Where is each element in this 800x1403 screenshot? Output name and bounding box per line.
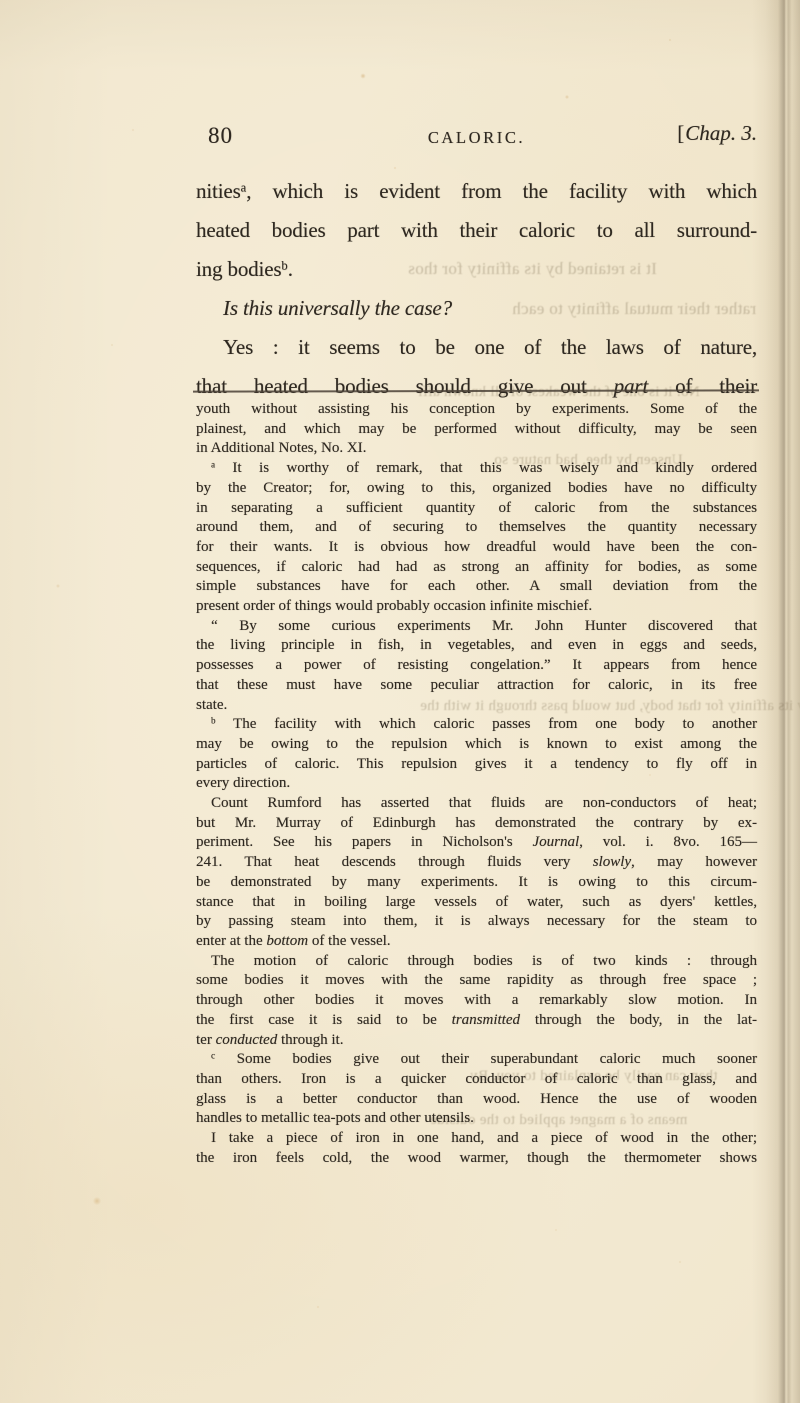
text-line: heated bodies part with their caloric to… — [196, 211, 757, 250]
text-line: sequences, if caloric had had as strong … — [196, 558, 757, 578]
text-line: be demonstrated by many experiments. It … — [196, 873, 757, 893]
text-line: ing bodiesb. — [196, 250, 757, 289]
text-line: simple substances have for each other. A… — [196, 577, 757, 597]
text-line: in Additional Notes, No. XI. — [196, 439, 757, 459]
text-line: particles of caloric. This repulsion giv… — [196, 755, 757, 775]
text-line: enter at the bottom of the vessel. — [196, 932, 757, 952]
text-line: some bodies it moves with the same rapid… — [196, 971, 757, 991]
text-line: the living principle in fish, in vegetab… — [196, 636, 757, 656]
text-line: ter conducted through it. — [196, 1031, 757, 1051]
text-line: state. — [196, 696, 757, 716]
chapter-bracket: [ — [677, 121, 684, 145]
text-line: around them, and of securing to themselv… — [196, 518, 757, 538]
text-line: a It is worthy of remark, that this was … — [196, 459, 757, 479]
text-line: the iron feels cold, the wood warmer, th… — [196, 1149, 757, 1169]
page-header: 80 CALORIC. [Chap. 3. — [196, 121, 757, 153]
text-line: Count Rumford has asserted that fluids a… — [196, 794, 757, 814]
text-line: present order of things would probably o… — [196, 597, 757, 617]
text-line: stance that in boiling large vessels of … — [196, 893, 757, 913]
text-line: Yes : it seems to be one of the laws of … — [196, 328, 757, 367]
text-line: every direction. — [196, 774, 757, 794]
text-line: nitiesa, which is evident from the facil… — [196, 172, 757, 211]
main-text: nitiesa, which is evident from the facil… — [196, 172, 757, 406]
chapter-label: Chap. 3. — [685, 121, 757, 145]
text-line: “ By some curious experiments Mr. John H… — [196, 617, 757, 637]
book-page-photo: It is retained by its affinity for thos … — [0, 0, 800, 1403]
text-line: possesses a power of resisting congelati… — [196, 656, 757, 676]
footnotes-block: youth without assisting his conception b… — [196, 400, 757, 1168]
text-line: by the Creator; for, owing to this, orga… — [196, 479, 757, 499]
text-line: but Mr. Murray of Edinburgh has demonstr… — [196, 814, 757, 834]
running-title: CALORIC. — [196, 128, 757, 148]
text-line: for their wants. It is obvious how dread… — [196, 538, 757, 558]
text-line: c Some bodies give out their superabunda… — [196, 1050, 757, 1070]
text-line: periment. See his papers in Nicholson's … — [196, 833, 757, 853]
text-line: plainest, and which may be performed wit… — [196, 420, 757, 440]
chapter-marker: [Chap. 3. — [677, 121, 757, 146]
text-line: through other bodies it moves with a rem… — [196, 991, 757, 1011]
text-line: 241. That heat descends through fluids v… — [196, 853, 757, 873]
text-line: handles to metallic tea-pots and other u… — [196, 1109, 757, 1129]
text-line: in separating a sufficient quantity of c… — [196, 499, 757, 519]
text-line: than others. Iron is a quicker conductor… — [196, 1070, 757, 1090]
text-line: that these must have some peculiar attra… — [196, 676, 757, 696]
text-line: youth without assisting his conception b… — [196, 400, 757, 420]
page-fore-edge — [752, 0, 800, 1403]
text-line: glass is a better conductor than wood. H… — [196, 1090, 757, 1110]
text-line: the first case it is said to be transmit… — [196, 1011, 757, 1031]
text-line: Is this universally the case? — [196, 289, 757, 328]
text-line: I take a piece of iron in one hand, and … — [196, 1129, 757, 1149]
text-line: The motion of caloric through bodies is … — [196, 952, 757, 972]
text-line: may be owing to the repulsion which is k… — [196, 735, 757, 755]
text-line: by passing steam into them, it is always… — [196, 912, 757, 932]
text-line: b The facility with which caloric passes… — [196, 715, 757, 735]
